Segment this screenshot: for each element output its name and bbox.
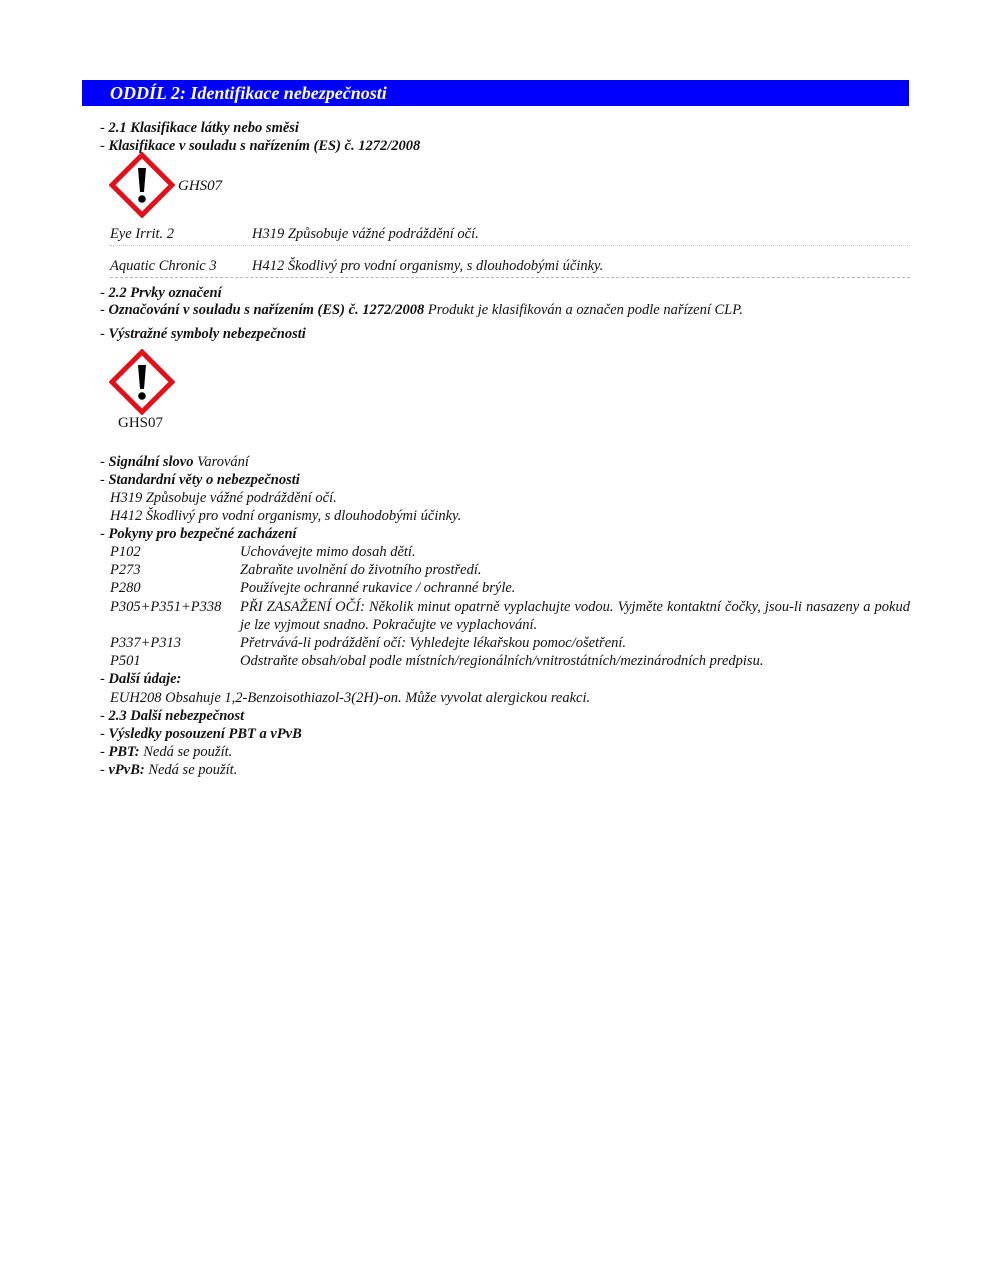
precautionary-row: P280Používejte ochranné rukavice / ochra… [110, 579, 910, 597]
heading-2-1: - 2.1 Klasifikace látky nebo směsi [100, 119, 299, 137]
hazard-symbols-label: - Výstražné symboly nebezpečnosti [100, 325, 306, 343]
section-header: ODDÍL 2: Identifikace nebezpečnosti [82, 80, 909, 106]
divider [110, 277, 910, 278]
heading-2-3: - 2.3 Další nebezpečnost [100, 707, 244, 725]
ghs07-exclamation-icon [109, 349, 175, 415]
classification-row: Aquatic Chronic 3H412 Škodlivý pro vodní… [110, 257, 603, 275]
pbt-results-label: - Výsledky posouzení PBT a vPvB [100, 725, 302, 743]
hazard-statements-label: - Standardní věty o nebezpečnosti [100, 471, 300, 489]
vpvb-line: - vPvB: Nedá se použít. [100, 761, 237, 779]
additional-info-label: - Další údaje: [100, 670, 181, 688]
ghs07-label: GHS07 [178, 178, 222, 195]
ghs07-label: GHS07 [118, 415, 163, 432]
precautionary-label: - Pokyny pro bezpečné zacházení [100, 525, 297, 543]
additional-info-text: EUH208 Obsahuje 1,2-Benzoisothiazol-3(2H… [110, 689, 590, 707]
hazard-statement: H412 Škodlivý pro vodní organismy, s dlo… [110, 507, 461, 525]
precautionary-row: P305+P351+P338PŘI ZASAŽENÍ OČÍ: Několik … [110, 598, 910, 634]
signal-word-line: - Signální slovo Varování [100, 453, 249, 471]
pbt-line: - PBT: Nedá se použít. [100, 743, 232, 761]
precautionary-row: P501Odstraňte obsah/obal podle místních/… [110, 652, 910, 670]
precautionary-row: P337+P313Přetrvává-li podráždění očí: Vy… [110, 634, 910, 652]
precautionary-row: P273Zabraňte uvolnění do životního prost… [110, 561, 910, 579]
precautionary-row: P102Uchovávejte mimo dosah dětí. [110, 543, 910, 561]
heading-2-2: - 2.2 Prvky označení [100, 284, 222, 302]
sds-page: ODDÍL 2: Identifikace nebezpečnosti - 2.… [0, 0, 992, 1280]
ghs07-exclamation-icon [109, 152, 175, 218]
labelling-line: - Označování v souladu s nařízením (ES) … [100, 301, 743, 319]
divider [110, 245, 910, 246]
hazard-statement: H319 Způsobuje vážné podráždění očí. [110, 489, 337, 507]
classification-row: Eye Irrit. 2H319 Způsobuje vážné podrážd… [110, 225, 479, 243]
